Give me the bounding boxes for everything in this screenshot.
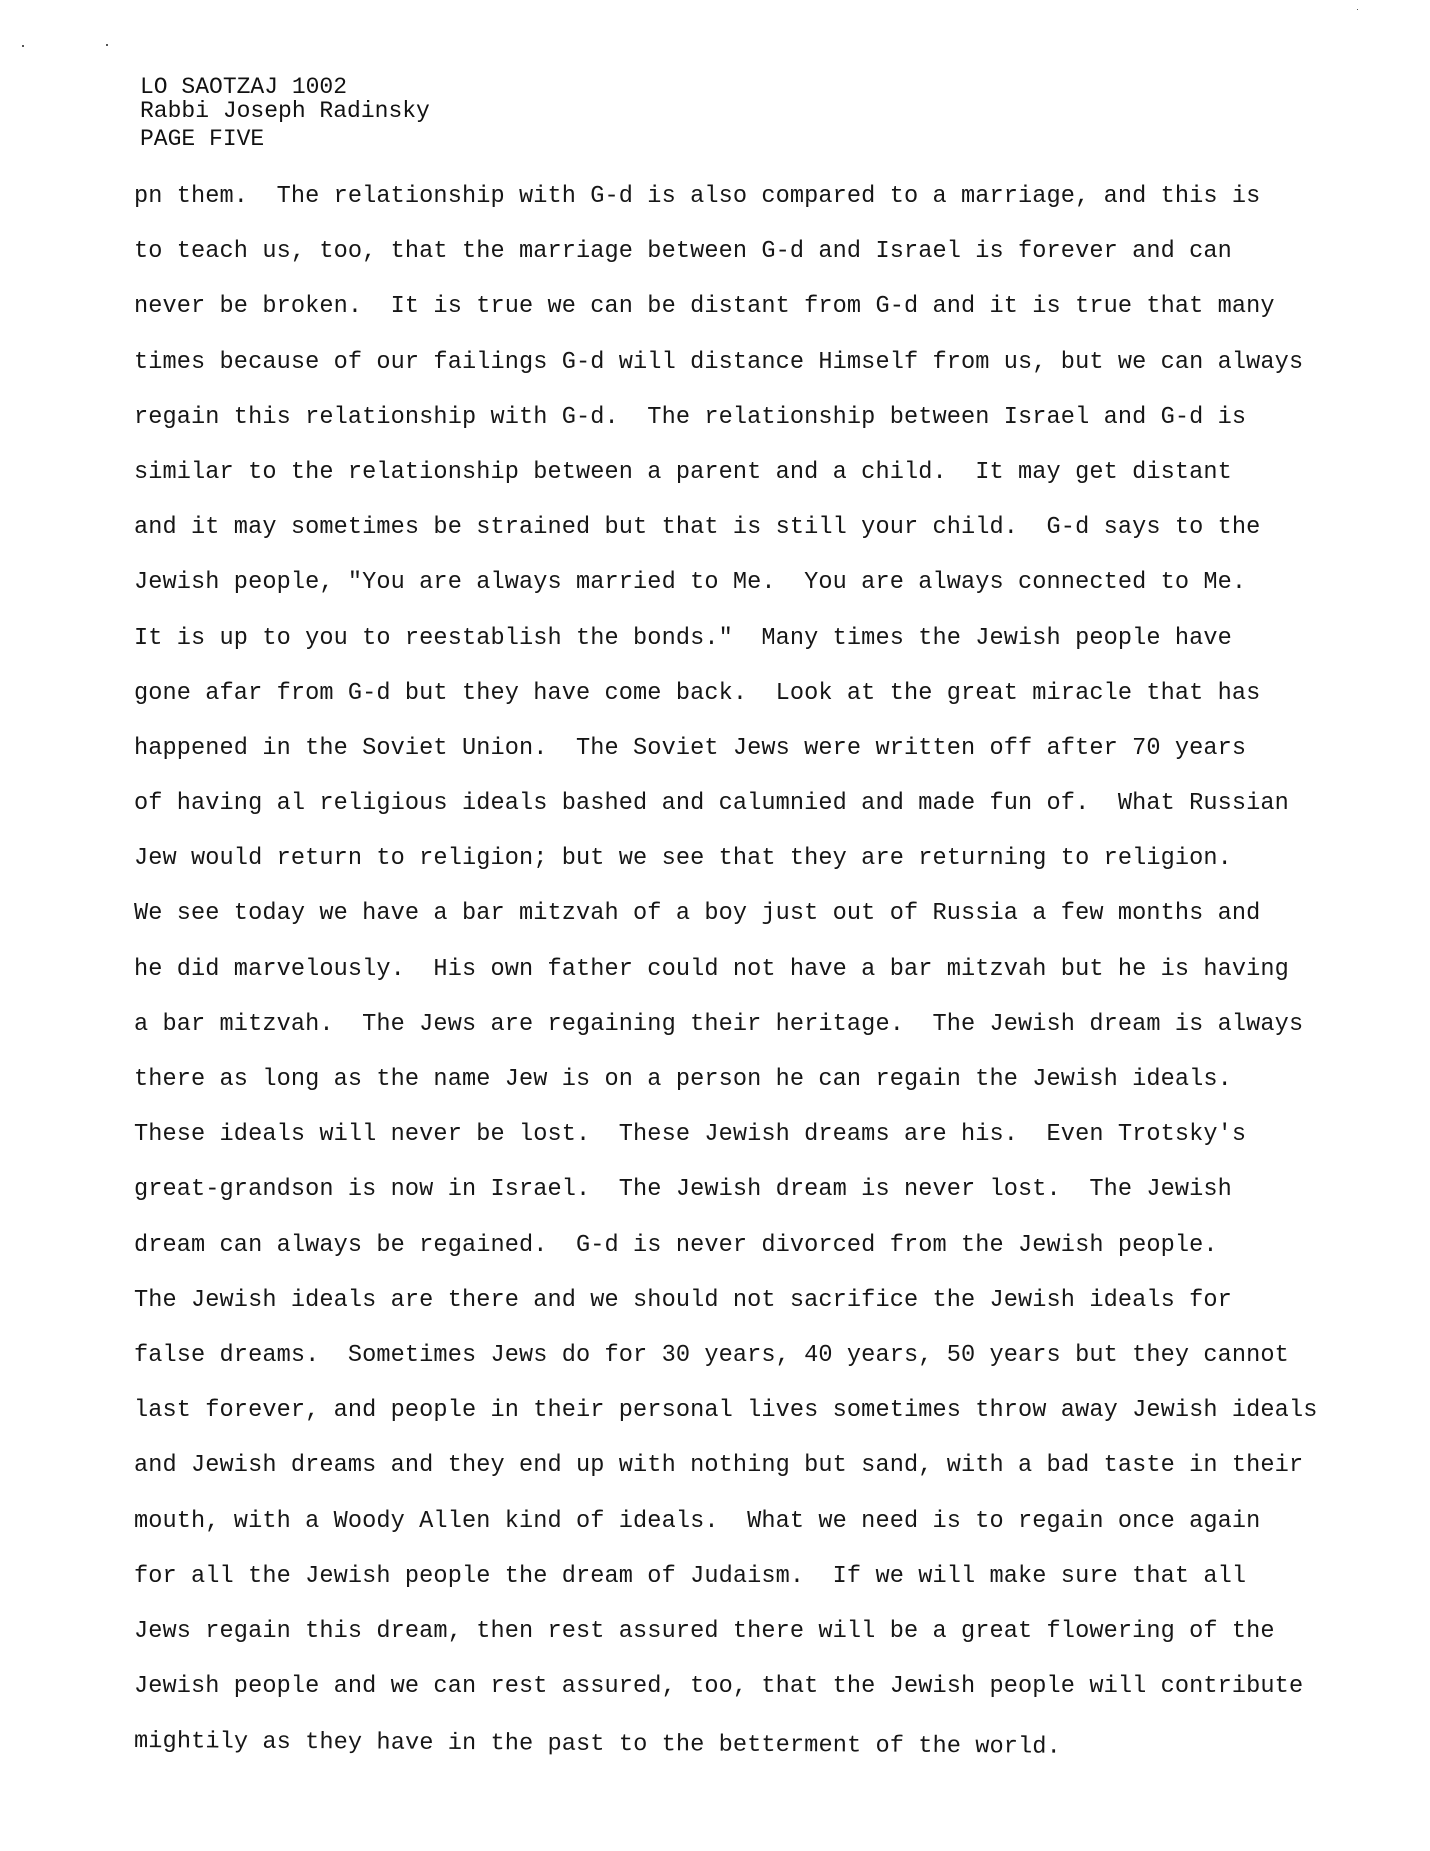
text-line: false dreams. Sometimes Jews do for 30 y…: [134, 1340, 1317, 1395]
text-line: of having al religious ideals bashed and…: [134, 788, 1317, 843]
text-line: and Jewish dreams and they end up with n…: [134, 1450, 1317, 1505]
text-line: gone afar from G-d but they have come ba…: [134, 678, 1317, 733]
text-line: mouth, with a Woody Allen kind of ideals…: [134, 1506, 1317, 1561]
text-line: Jews regain this dream, then rest assure…: [134, 1616, 1317, 1671]
text-line: last forever, and people in their person…: [134, 1395, 1317, 1450]
text-line: regain this relationship with G-d. The r…: [134, 402, 1317, 457]
text-line: for all the Jewish people the dream of J…: [134, 1561, 1317, 1616]
text-line: he did marvelously. His own father could…: [134, 954, 1317, 1009]
page-label: PAGE FIVE: [140, 124, 430, 151]
text-line: These ideals will never be lost. These J…: [134, 1119, 1317, 1174]
text-line: mightily as they have in the past to the…: [134, 1726, 1318, 1788]
text-line: times because of our failings G-d will d…: [134, 347, 1317, 402]
text-line: a bar mitzvah. The Jews are regaining th…: [134, 1009, 1317, 1064]
scan-speck: [1357, 9, 1358, 10]
text-line: pn them. The relationship with G-d is al…: [134, 181, 1317, 236]
text-line: similar to the relationship between a pa…: [134, 457, 1317, 512]
text-line: happened in the Soviet Union. The Soviet…: [134, 733, 1317, 788]
text-line: never be broken. It is true we can be di…: [134, 291, 1317, 346]
text-line: great-grandson is now in Israel. The Jew…: [134, 1174, 1317, 1229]
scan-speck: [106, 44, 108, 46]
text-line: to teach us, too, that the marriage betw…: [134, 236, 1317, 291]
text-line: there as long as the name Jew is on a pe…: [134, 1064, 1317, 1119]
text-line: Jewish people and we can rest assured, t…: [134, 1671, 1317, 1726]
document-page: LO SAOTZAJ 1002 Rabbi Joseph Radinsky PA…: [0, 0, 1430, 1851]
author-name: Rabbi Joseph Radinsky: [140, 99, 430, 124]
scan-speck: [22, 45, 24, 47]
text-line: Jew would return to religion; but we see…: [134, 843, 1317, 898]
document-code: LO SAOTZAJ 1002: [140, 76, 430, 99]
document-header: LO SAOTZAJ 1002 Rabbi Joseph Radinsky PA…: [140, 76, 430, 151]
text-line: We see today we have a bar mitzvah of a …: [134, 898, 1317, 953]
text-line: and it may sometimes be strained but tha…: [134, 512, 1317, 567]
body-text: pn them. The relationship with G-d is al…: [134, 181, 1317, 1781]
text-line: Jewish people, "You are always married t…: [134, 567, 1317, 622]
text-line: It is up to you to reestablish the bonds…: [134, 623, 1317, 678]
text-line: The Jewish ideals are there and we shoul…: [134, 1285, 1317, 1340]
text-line: dream can always be regained. G-d is nev…: [134, 1230, 1317, 1285]
